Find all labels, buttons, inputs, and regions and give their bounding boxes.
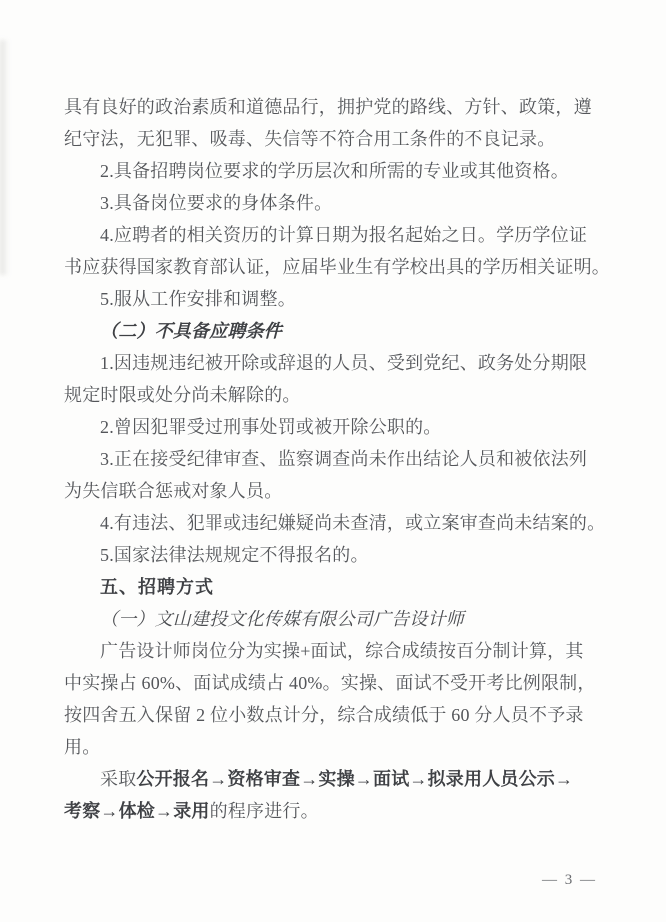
heading-recruitment-method: 五、招聘方式 — [64, 571, 616, 603]
para-qualification-5: 5.服从工作安排和调整。 — [64, 283, 616, 315]
process-flow-plain-text: 的程序进行。 — [210, 801, 319, 821]
para-scoring: 广告设计师岗位分为实操+面试，综合成绩按百分制计算，其 中实操占 60%、面试成… — [64, 635, 616, 763]
para-disqualification-2: 2.曾因犯罪受过刑事处罚或被开除公职的。 — [64, 411, 616, 443]
heading-position-ad-designer: （一）文山建投文化传媒有限公司广告设计师 — [64, 603, 616, 635]
para-qualification-2: 2.具备招聘岗位要求的学历层次和所需的专业或其他资格。 — [64, 155, 616, 187]
para-process-flow: 采取公开报名→资格审查→实操→面试→拟录用人员公示→ 考察→体检→录用的程序进行… — [64, 763, 616, 827]
document-body: 具有良好的政治素质和道德品行，拥护党的路线、方针、政策，遵 纪守法，无犯罪、吸毒… — [64, 91, 616, 827]
para-political-quality: 具有良好的政治素质和道德品行，拥护党的路线、方针、政策，遵 纪守法，无犯罪、吸毒… — [64, 91, 616, 155]
para-disqualification-1: 1.因违规违纪被开除或辞退的人员、受到党纪、政务处分期限 规定时限或处分尚未解除… — [64, 347, 616, 411]
para-disqualification-3: 3.正在接受纪律审查、监察调查尚未作出结论人员和被依法列 为失信联合惩戒对象人员… — [64, 443, 616, 507]
process-flow-plain-text: 采取 — [100, 769, 136, 789]
heading-disqualification: （二）不具备应聘条件 — [64, 315, 616, 347]
scan-edge-artifact — [0, 40, 9, 275]
page-number: — 3 — — [542, 872, 597, 889]
document-page: 具有良好的政治素质和道德品行，拥护党的路线、方针、政策，遵 纪守法，无犯罪、吸毒… — [0, 0, 666, 922]
para-qualification-3: 3.具备岗位要求的身体条件。 — [64, 187, 616, 219]
para-qualification-4: 4.应聘者的相关资历的计算日期为报名起始之日。学历学位证 书应获得国家教育部认证… — [64, 219, 616, 283]
para-disqualification-5: 5.国家法律法规规定不得报名的。 — [64, 539, 616, 571]
para-disqualification-4: 4.有违法、犯罪或违纪嫌疑尚未查清，或立案审查尚未结案的。 — [64, 507, 616, 539]
